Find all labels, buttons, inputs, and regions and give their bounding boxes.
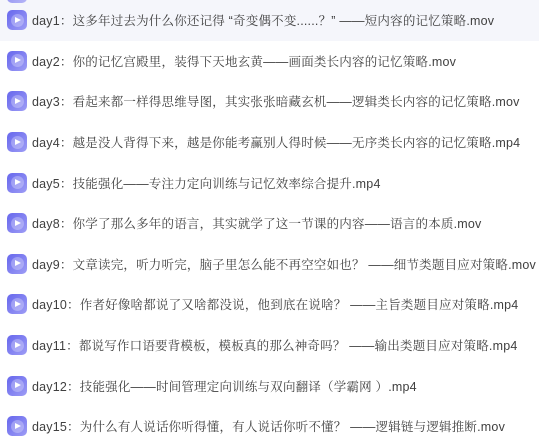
file-name: day15：为什么有人说话你听得懂，有人说话你听不懂？ ——逻辑链与逻辑推断.m… bbox=[32, 417, 505, 435]
file-name: day5：技能强化——专注力定向训练与记忆效率综合提升.mp4 bbox=[32, 174, 381, 192]
play-icon bbox=[11, 420, 24, 433]
file-item[interactable]: day11：都说写作口语要背模板，模板真的那么神奇吗？ ——输出类题目应对策略.… bbox=[0, 325, 539, 366]
video-play-icon bbox=[7, 254, 27, 274]
play-icon bbox=[11, 14, 24, 27]
play-icon bbox=[11, 95, 24, 108]
file-item[interactable]: day8：你学了那么多年的语言，其实就学了这一节课的内容——语言的本质.mov bbox=[0, 203, 539, 244]
file-name: day4：越是没人背得下来，越是你能考赢别人得时候——无序类长内容的记忆策略.m… bbox=[32, 133, 520, 151]
file-item[interactable]: day9：文章读完，听力听完，脑子里怎么能不再空空如也？ ——细节类题目应对策略… bbox=[0, 244, 539, 285]
play-icon bbox=[11, 339, 24, 352]
play-icon bbox=[11, 298, 24, 311]
video-play-icon bbox=[7, 416, 27, 436]
video-play-icon bbox=[7, 51, 27, 71]
file-name: day12：技能强化——时间管理定向训练与双向翻译（学霸网 ）.mp4 bbox=[32, 377, 417, 395]
play-icon bbox=[11, 136, 24, 149]
video-play-icon bbox=[7, 10, 27, 30]
play-icon bbox=[11, 54, 24, 67]
play-icon bbox=[11, 217, 24, 230]
video-play-icon bbox=[7, 294, 27, 314]
play-icon bbox=[11, 176, 24, 189]
file-name: day10：作者好像啥都说了又啥都没说，他到底在说啥？ ——主旨类题目应对策略.… bbox=[32, 295, 518, 313]
video-play-icon bbox=[7, 132, 27, 152]
video-play-icon bbox=[7, 213, 27, 233]
video-play-icon bbox=[7, 376, 27, 396]
file-item[interactable]: day10：作者好像啥都说了又啥都没说，他到底在说啥？ ——主旨类题目应对策略.… bbox=[0, 284, 539, 325]
file-item[interactable]: day3：看起来都一样得思维导图，其实张张暗藏玄机——逻辑类长内容的记忆策略.m… bbox=[0, 81, 539, 122]
file-item[interactable]: day5：技能强化——专注力定向训练与记忆效率综合提升.mp4 bbox=[0, 162, 539, 203]
file-name: day8：你学了那么多年的语言，其实就学了这一节课的内容——语言的本质.mov bbox=[32, 214, 482, 232]
partial-video-file-icon bbox=[7, 0, 27, 3]
file-name: day1：这多年过去为什么你还记得 “奇变偶不变......？” ——短内容的记… bbox=[32, 11, 494, 29]
file-name: day9：文章读完，听力听完，脑子里怎么能不再空空如也？ ——细节类题目应对策略… bbox=[32, 255, 536, 273]
video-play-icon bbox=[7, 91, 27, 111]
video-play-icon bbox=[7, 335, 27, 355]
video-file-list: day1：这多年过去为什么你还记得 “奇变偶不变......？” ——短内容的记… bbox=[0, 0, 539, 440]
file-item[interactable]: day1：这多年过去为什么你还记得 “奇变偶不变......？” ——短内容的记… bbox=[0, 0, 539, 41]
file-item[interactable]: day4：越是没人背得下来，越是你能考赢别人得时候——无序类长内容的记忆策略.m… bbox=[0, 122, 539, 163]
file-item[interactable]: day15：为什么有人说话你听得懂，有人说话你听不懂？ ——逻辑链与逻辑推断.m… bbox=[0, 406, 539, 440]
file-name: day3：看起来都一样得思维导图，其实张张暗藏玄机——逻辑类长内容的记忆策略.m… bbox=[32, 92, 520, 110]
play-icon bbox=[11, 379, 24, 392]
file-name: day11：都说写作口语要背模板，模板真的那么神奇吗？ ——输出类题目应对策略.… bbox=[32, 336, 518, 354]
file-item[interactable]: day2：你的记忆宫殿里，装得下天地玄黄——画面类长内容的记忆策略.mov bbox=[0, 41, 539, 82]
file-name: day2：你的记忆宫殿里，装得下天地玄黄——画面类长内容的记忆策略.mov bbox=[32, 52, 456, 70]
video-play-icon bbox=[7, 173, 27, 193]
file-item[interactable]: day12：技能强化——时间管理定向训练与双向翻译（学霸网 ）.mp4 bbox=[0, 365, 539, 406]
play-icon bbox=[11, 257, 24, 270]
